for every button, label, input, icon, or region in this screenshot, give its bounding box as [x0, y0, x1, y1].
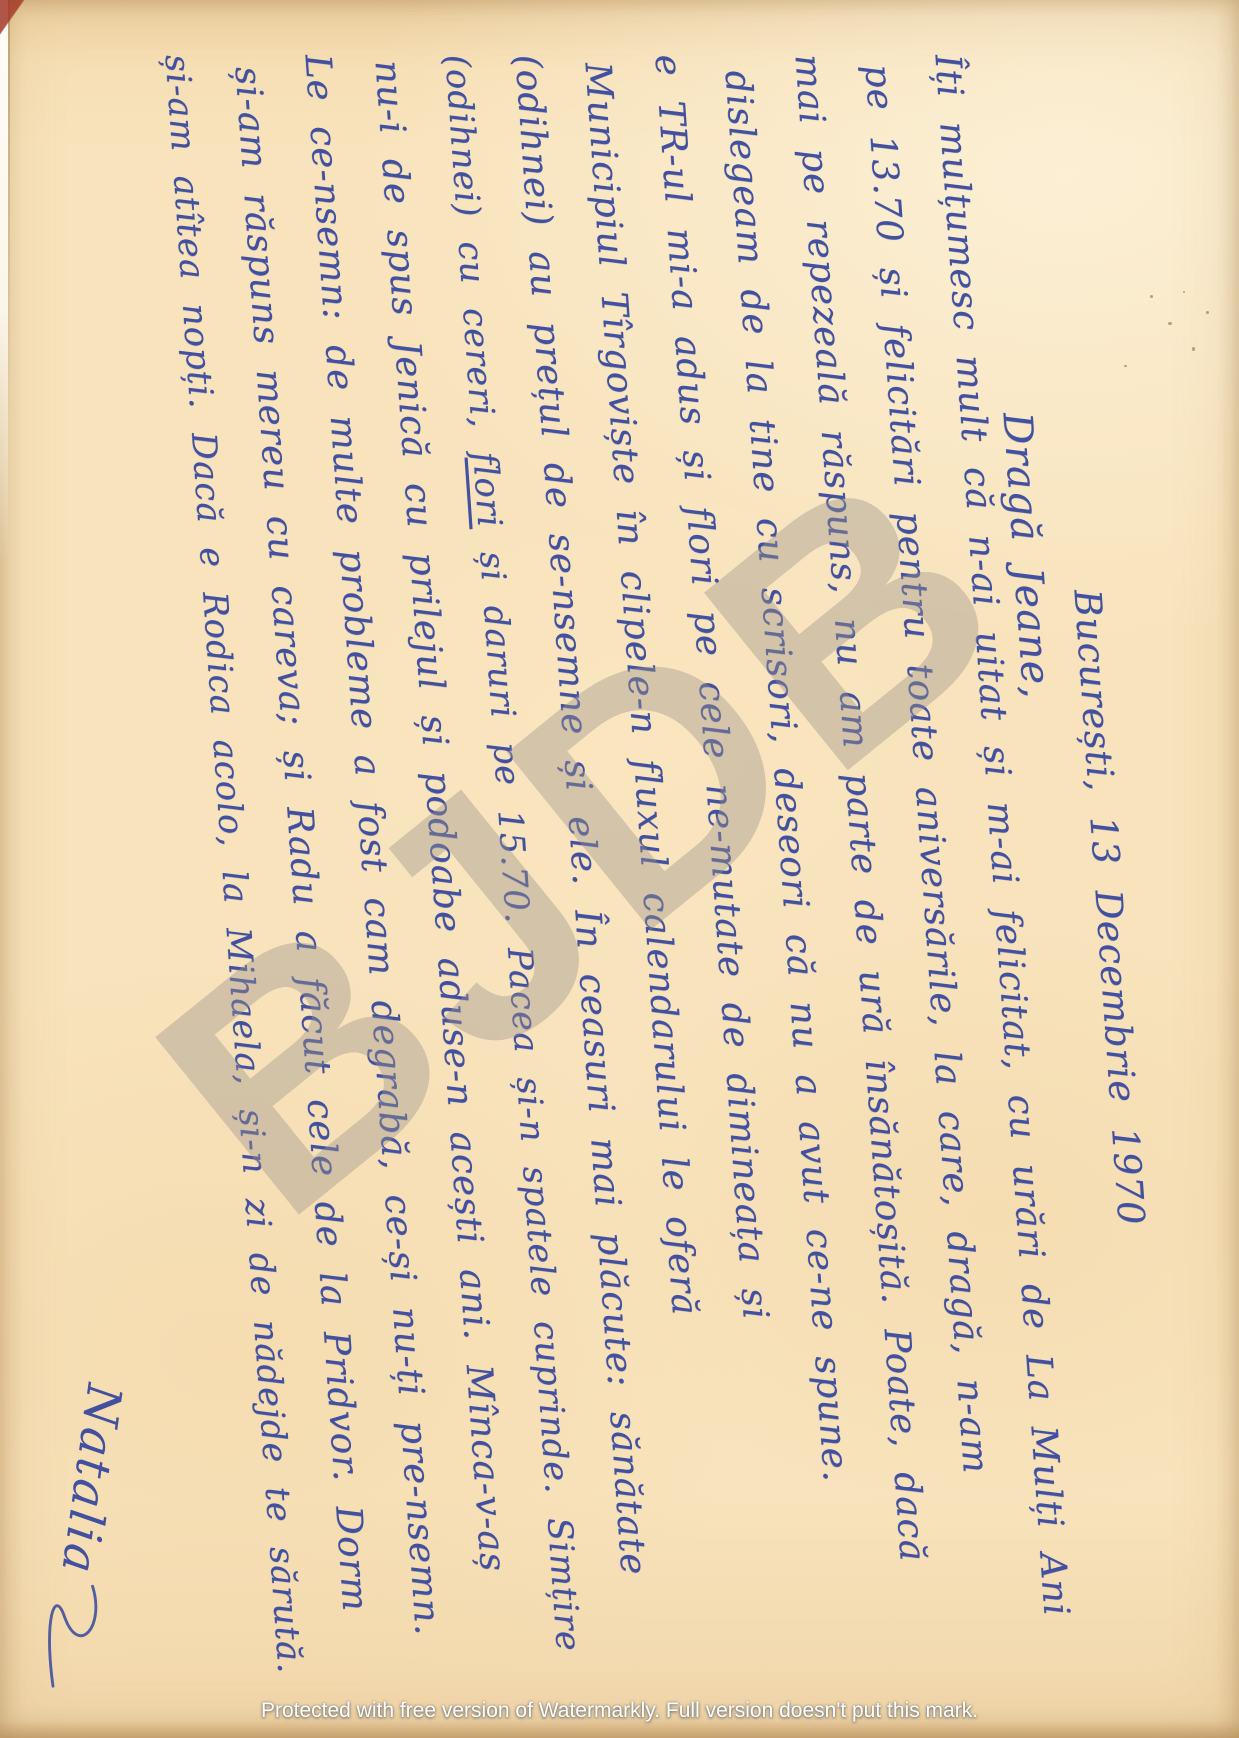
signature-row: Natalia — [24, 1379, 141, 1699]
watermarkly-notice: Protected with free version of Watermark… — [0, 1699, 1239, 1723]
rotated-letter-page: București, 13 Decembrie 1970 Dragă Jeane… — [1, 0, 1239, 1738]
signature-flourish-icon — [29, 1574, 109, 1699]
letter-text-block: București, 13 Decembrie 1970 Dragă Jeane… — [1, 0, 1239, 1738]
signature: Natalia — [41, 1379, 141, 1579]
underlined-word: flori — [464, 450, 509, 529]
scanned-handwritten-letter: București, 13 Decembrie 1970 Dragă Jeane… — [0, 0, 1239, 1738]
line-segment: (odihnei) cu cereri, — [437, 53, 505, 453]
